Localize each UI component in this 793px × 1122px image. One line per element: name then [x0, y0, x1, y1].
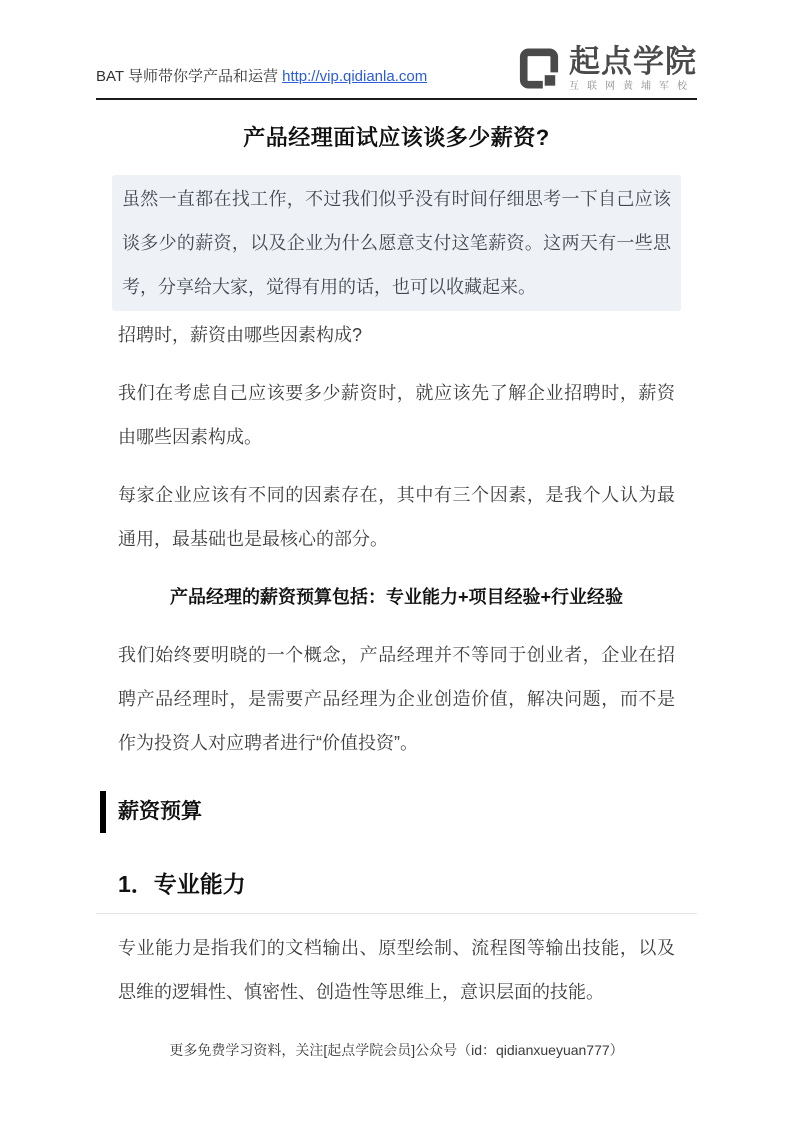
logo-name: 起点学院	[569, 46, 697, 78]
document-page: BAT 导师带你学产品和运营 http://vip.qidianla.com 起…	[0, 0, 793, 1122]
page-title: 产品经理面试应该谈多少薪资?	[118, 123, 675, 153]
qidian-q-icon	[518, 46, 560, 91]
tagline-link[interactable]: http://vip.qidianla.com	[282, 68, 427, 85]
tagline-text: BAT 导师带你学产品和运营	[96, 68, 282, 85]
paragraph-professional-skill: 专业能力是指我们的文档输出、原型绘制、流程图等输出技能，以及思维的逻辑性、慎密性…	[118, 926, 675, 1014]
header-tagline: BAT 导师带你学产品和运营 http://vip.qidianla.com	[96, 65, 427, 96]
footer-note: 更多免费学习资料，关注[起点学院会员]公众号（id：qidianxueyuan7…	[96, 1040, 697, 1060]
article-body: 产品经理面试应该谈多少薪资? 虽然一直都在找工作，不过我们似乎没有时间仔细思考一…	[96, 123, 697, 1014]
paragraph-three-factors: 每家企业应该有不同的因素存在，其中有三个因素，是我个人认为最通用，最基础也是最核…	[118, 473, 675, 561]
paragraph-consider-salary: 我们在考虑自己应该要多少薪资时，就应该先了解企业招聘时，薪资由哪些因素构成。	[118, 371, 675, 459]
highlight-quote: 虽然一直都在找工作，不过我们似乎没有时间仔细思考一下自己应该谈多少的薪资，以及企…	[112, 175, 681, 311]
qidian-logo: 起点学院 互联网黄埔军校	[518, 46, 697, 96]
page-header: BAT 导师带你学产品和运营 http://vip.qidianla.com 起…	[96, 46, 697, 100]
subsection-heading-professional-skill: 1．专业能力	[96, 869, 697, 914]
paragraph-concept: 我们始终要明晓的一个概念，产品经理并不等同于创业者，企业在招聘产品经理时，是需要…	[118, 633, 675, 765]
logo-text: 起点学院 互联网黄埔军校	[569, 46, 697, 93]
logo-subtitle: 互联网黄埔军校	[569, 81, 697, 93]
paragraph-recruit-question: 招聘时，薪资由哪些因素构成?	[118, 313, 675, 357]
section-heading-salary-budget: 薪资预算	[100, 791, 675, 833]
emphasis-salary-budget: 产品经理的薪资预算包括：专业能力+项目经验+行业经验	[118, 575, 675, 619]
